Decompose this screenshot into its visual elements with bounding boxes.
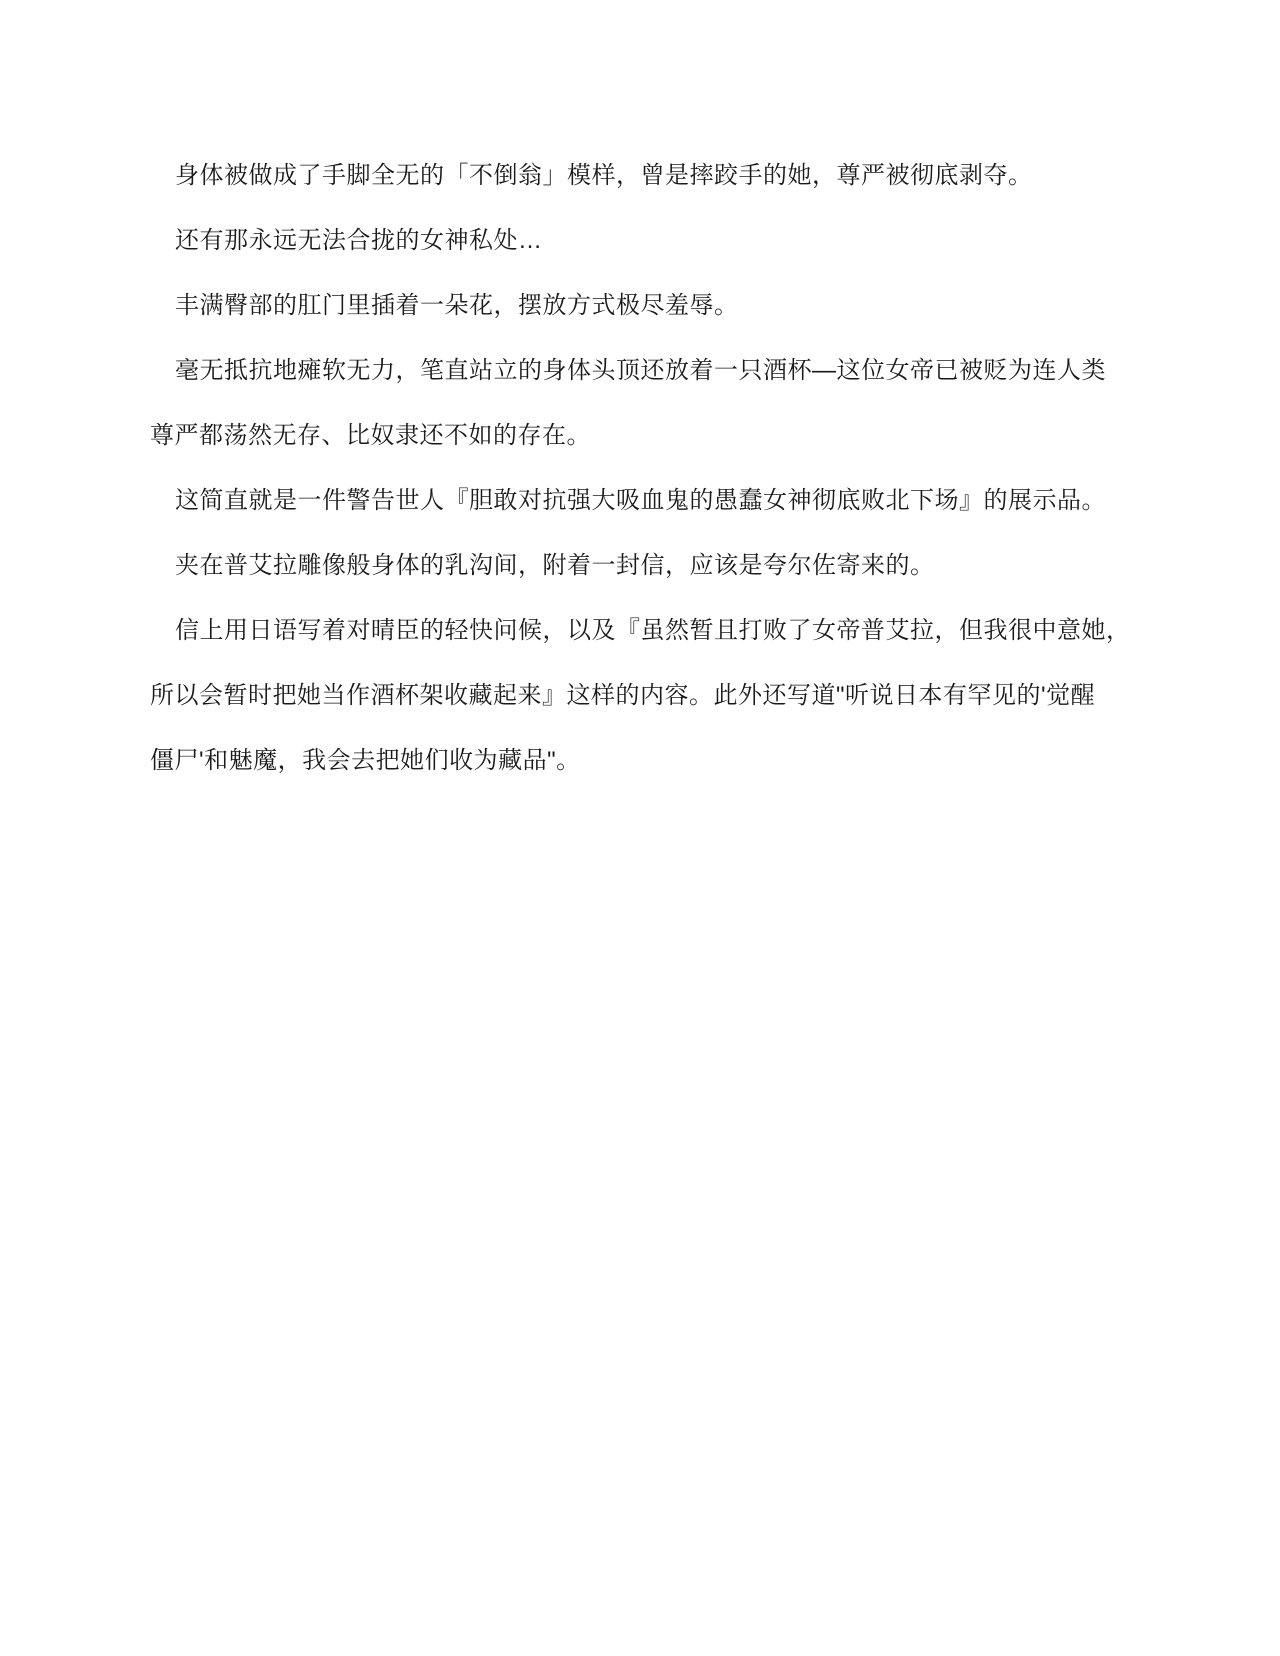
paragraph-7-line-2: 所以会暂时把她当作酒杯架收藏起来』这样的内容。此外还写道"听说日本有罕见的'觉醒: [150, 663, 1145, 728]
paragraph-3-line-1: 丰满臀部的肛门里插着一朵花，摆放方式极尽羞辱。: [150, 273, 1145, 338]
paragraph-1-line-1: 身体被做成了手脚全无的「不倒翁」模样，曾是摔跤手的她，尊严被彻底剥夺。: [150, 143, 1145, 208]
paragraph-7-line-1: 信上用日语写着对晴臣的轻快问候，以及『虽然暂且打败了女帝普艾拉，但我很中意她，: [150, 598, 1145, 663]
document-body: 身体被做成了手脚全无的「不倒翁」模样，曾是摔跤手的她，尊严被彻底剥夺。还有那永远…: [150, 143, 1145, 793]
paragraph-2-line-1: 还有那永远无法合拢的女神私处…: [150, 208, 1145, 273]
paragraph-6-line-1: 夹在普艾拉雕像般身体的乳沟间，附着一封信，应该是夸尔佐寄来的。: [150, 533, 1145, 598]
document-page: 身体被做成了手脚全无的「不倒翁」模样，曾是摔跤手的她，尊严被彻底剥夺。还有那永远…: [0, 0, 1280, 1656]
paragraph-5-line-1: 这简直就是一件警告世人『胆敢对抗强大吸血鬼的愚蠢女神彻底败北下场』的展示品。: [150, 468, 1145, 533]
paragraph-4-line-2: 尊严都荡然无存、比奴隶还不如的存在。: [150, 403, 1145, 468]
paragraph-7-line-3: 僵尸'和魅魔，我会去把她们收为藏品"。: [150, 728, 1145, 793]
paragraph-4-line-1: 毫无抵抗地瘫软无力，笔直站立的身体头顶还放着一只酒杯—这位女帝已被贬为连人类: [150, 338, 1145, 403]
